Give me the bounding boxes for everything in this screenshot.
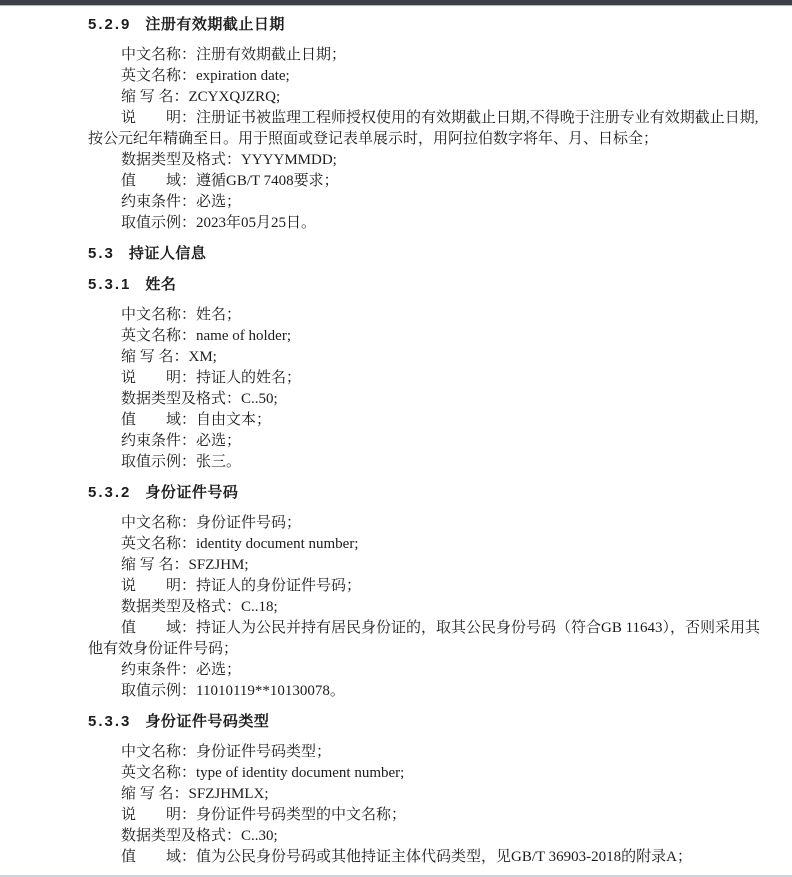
- field-label: 值 域：: [121, 620, 196, 636]
- field-row: 中文名称：注册有效期截止日期；: [88, 45, 766, 66]
- field-label: 缩 写 名：: [121, 557, 189, 573]
- section: 5.3.2身份证件号码中文名称：身份证件号码；英文名称：identity doc…: [88, 482, 766, 702]
- page-top-edge: [0, 0, 792, 6]
- field-value: 11010119**10130078。: [196, 683, 345, 699]
- field-label: 英文名称：: [121, 68, 196, 84]
- section-title: 持证人信息: [129, 245, 207, 262]
- field-label: 值 域：: [121, 173, 196, 189]
- field-row: 说 明：持证人的身份证件号码；: [88, 576, 766, 597]
- field-row: 值 域：持证人为公民并持有居民身份证的，取其公民身份号码（符合GB 11643）…: [88, 618, 766, 660]
- section-heading: 5.3持证人信息: [88, 243, 766, 265]
- field-row: 说 明：持证人的姓名；: [88, 368, 766, 389]
- field-row: 说 明：身份证件号码类型的中文名称；: [88, 805, 766, 826]
- field-row: 取值示例：2023年05月25日。: [88, 213, 766, 234]
- field-row: 英文名称：type of identity document number;: [88, 763, 766, 784]
- field-value: 身份证件号码；: [196, 515, 301, 531]
- section-heading: 5.3.2身份证件号码: [88, 482, 766, 504]
- field-label: 取值示例：: [121, 454, 196, 470]
- field-label: 值 域：: [121, 849, 196, 865]
- field-label: 数据类型及格式：: [121, 599, 241, 615]
- field-value: 值为公民身份号码或其他持证主体代码类型，见GB/T 36903-2018的附录A…: [196, 849, 692, 865]
- field-label: 中文名称：: [121, 307, 196, 323]
- field-value: 必选；: [196, 194, 241, 210]
- field-row: 缩 写 名：XM;: [88, 347, 766, 368]
- section: 5.3.3身份证件号码类型中文名称：身份证件号码类型；英文名称：type of …: [88, 711, 766, 868]
- field-label: 取值示例：: [121, 215, 196, 231]
- section-number: 5.3.3: [88, 713, 131, 730]
- section-title: 身份证件号码类型: [145, 713, 269, 730]
- field-value: name of holder;: [196, 328, 291, 344]
- field-label: 英文名称：: [121, 536, 196, 552]
- field-row: 值 域：遵循GB/T 7408要求；: [88, 171, 766, 192]
- field-value: SFZJHM;: [189, 557, 249, 573]
- section-number: 5.3.2: [88, 484, 131, 501]
- field-row: 取值示例：张三。: [88, 452, 766, 473]
- section: 5.2.9注册有效期截止日期中文名称：注册有效期截止日期；英文名称：expira…: [88, 14, 766, 234]
- field-value: 注册有效期截止日期；: [196, 47, 346, 63]
- field-label: 约束条件：: [121, 433, 196, 449]
- field-label: 数据类型及格式：: [121, 152, 241, 168]
- section-number: 5.3.1: [88, 276, 131, 293]
- field-label: 数据类型及格式：: [121, 391, 241, 407]
- field-value: identity document number;: [196, 536, 358, 552]
- section-heading: 5.3.1姓名: [88, 274, 766, 296]
- field-label: 约束条件：: [121, 662, 196, 678]
- section-title: 注册有效期截止日期: [145, 16, 285, 33]
- field-value: expiration date;: [196, 68, 290, 84]
- field-row: 英文名称：expiration date;: [88, 66, 766, 87]
- section-title: 姓名: [145, 276, 176, 293]
- field-label: 说 明：: [121, 807, 196, 823]
- field-value: 持证人的姓名；: [196, 370, 301, 386]
- field-row: 中文名称：姓名；: [88, 305, 766, 326]
- field-value: 遵循GB/T 7408要求；: [196, 173, 339, 189]
- field-row: 缩 写 名：SFZJHM;: [88, 555, 766, 576]
- section: 5.3持证人信息: [88, 243, 766, 265]
- field-row: 值 域：值为公民身份号码或其他持证主体代码类型，见GB/T 36903-2018…: [88, 847, 766, 868]
- field-label: 说 明：: [121, 370, 196, 386]
- field-value: YYYYMMDD;: [241, 152, 337, 168]
- field-label: 缩 写 名：: [121, 89, 189, 105]
- section-number: 5.3: [88, 245, 115, 262]
- section-heading: 5.2.9注册有效期截止日期: [88, 14, 766, 36]
- document-body: 5.2.9注册有效期截止日期中文名称：注册有效期截止日期；英文名称：expira…: [88, 14, 766, 868]
- field-value: 自由文本；: [196, 412, 271, 428]
- field-value: 持证人的身份证件号码；: [196, 578, 361, 594]
- field-label: 中文名称：: [121, 47, 196, 63]
- field-row: 约束条件：必选；: [88, 192, 766, 213]
- section-title: 身份证件号码: [145, 484, 238, 501]
- field-value: ZCYXQJZRQ;: [189, 89, 281, 105]
- section-number: 5.2.9: [88, 16, 131, 33]
- field-row: 数据类型及格式：C..30;: [88, 826, 766, 847]
- field-row: 缩 写 名：SFZJHMLX;: [88, 784, 766, 805]
- document-page: 5.2.9注册有效期截止日期中文名称：注册有效期截止日期；英文名称：expira…: [0, 0, 792, 877]
- field-row: 说 明：注册证书被监理工程师授权使用的有效期截止日期,不得晚于注册专业有效期截止…: [88, 108, 766, 150]
- field-row: 数据类型及格式：C..18;: [88, 597, 766, 618]
- field-label: 值 域：: [121, 412, 196, 428]
- field-row: 约束条件：必选；: [88, 660, 766, 681]
- field-value: 身份证件号码类型；: [196, 744, 331, 760]
- field-label: 英文名称：: [121, 328, 196, 344]
- field-value: C..50;: [241, 391, 278, 407]
- field-label: 中文名称：: [121, 515, 196, 531]
- field-row: 值 域：自由文本；: [88, 410, 766, 431]
- field-label: 约束条件：: [121, 194, 196, 210]
- field-value: 必选；: [196, 433, 241, 449]
- field-row: 数据类型及格式：YYYYMMDD;: [88, 150, 766, 171]
- field-value: C..18;: [241, 599, 278, 615]
- field-row: 取值示例：11010119**10130078。: [88, 681, 766, 702]
- section: 5.3.1姓名中文名称：姓名；英文名称：name of holder;缩 写 名…: [88, 274, 766, 473]
- field-row: 缩 写 名：ZCYXQJZRQ;: [88, 87, 766, 108]
- field-label: 说 明：: [121, 578, 196, 594]
- field-label: 取值示例：: [121, 683, 196, 699]
- field-value: type of identity document number;: [196, 765, 404, 781]
- field-row: 数据类型及格式：C..50;: [88, 389, 766, 410]
- field-label: 中文名称：: [121, 744, 196, 760]
- field-value: 必选；: [196, 662, 241, 678]
- field-label: 说 明：: [121, 110, 196, 126]
- section-heading: 5.3.3身份证件号码类型: [88, 711, 766, 733]
- field-value: SFZJHMLX;: [189, 786, 269, 802]
- field-value: C..30;: [241, 828, 278, 844]
- field-row: 约束条件：必选；: [88, 431, 766, 452]
- field-label: 缩 写 名：: [121, 349, 189, 365]
- field-row: 中文名称：身份证件号码；: [88, 513, 766, 534]
- field-row: 英文名称：identity document number;: [88, 534, 766, 555]
- field-value: XM;: [189, 349, 217, 365]
- field-value: 身份证件号码类型的中文名称；: [196, 807, 406, 823]
- field-label: 英文名称：: [121, 765, 196, 781]
- field-label: 缩 写 名：: [121, 786, 189, 802]
- field-row: 中文名称：身份证件号码类型；: [88, 742, 766, 763]
- field-value: 2023年05月25日。: [196, 215, 316, 231]
- field-label: 数据类型及格式：: [121, 828, 241, 844]
- field-row: 英文名称：name of holder;: [88, 326, 766, 347]
- field-value: 张三。: [196, 454, 241, 470]
- field-value: 姓名；: [196, 307, 241, 323]
